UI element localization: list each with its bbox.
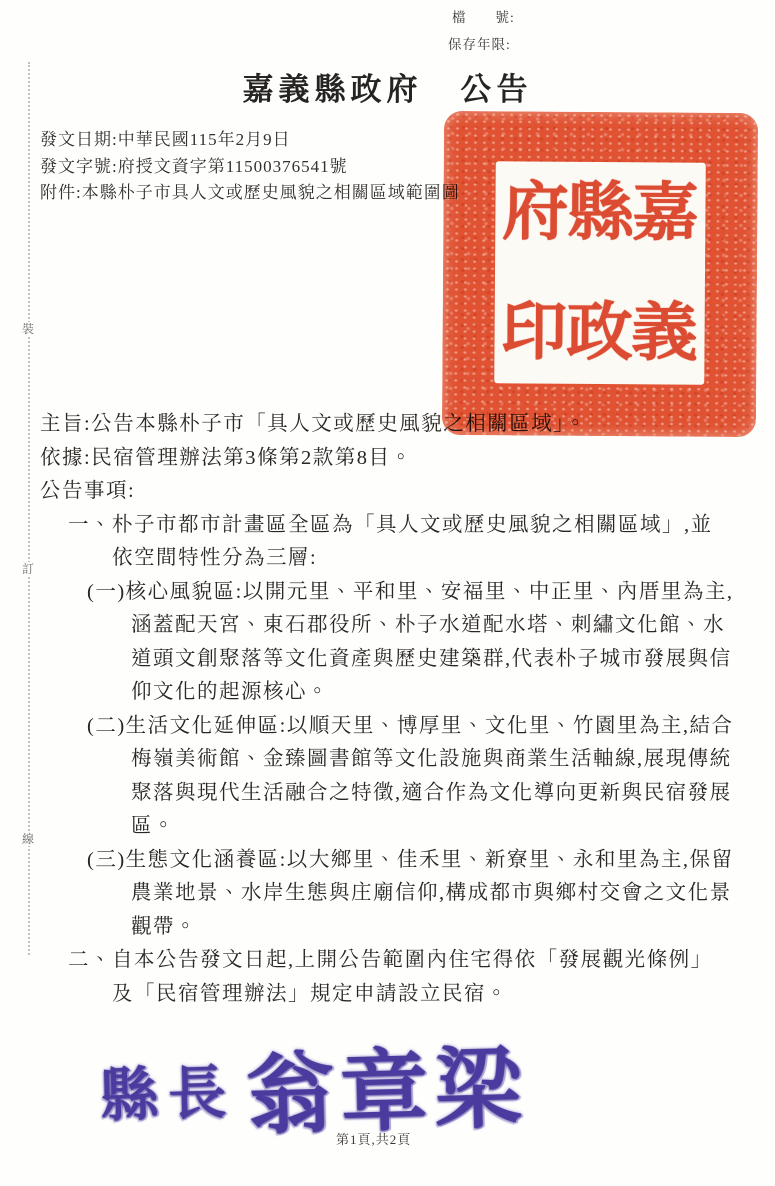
subitem-text: 核心風貌區:以開元里、平和里、安福里、中正里、內厝里為主,涵蓋配天宮、東石郡役所… [126, 581, 734, 704]
basis-line: 依據:民宿管理辦法第3條第2款第8目。 [40, 442, 734, 476]
item-text: 朴子市都市計畫區全區為「具人文或歷史風貌之相關區域」,並依空間特性分為三層: [112, 514, 713, 570]
item-label: 一、 [68, 514, 112, 536]
subitem-label: (一) [87, 581, 126, 603]
announcement-subitem-1-3: (三)生態文化涵養區:以大鄉里、佳禾里、新寮里、永和里為主,保留農業地景、水岸生… [40, 844, 734, 945]
issue-date-line: 發文日期:中華民國115年2月9日 [40, 127, 480, 154]
subitem-label: (三) [87, 849, 126, 871]
seal-char: 府 [502, 167, 569, 257]
magistrate-title: 縣長 [99, 1060, 237, 1129]
subitem-text: 生態文化涵養區:以大鄉里、佳禾里、新寮里、永和里為主,保留農業地景、水岸生態與庄… [126, 849, 734, 938]
seal-column: 縣 政 [567, 168, 632, 378]
issuance-meta: 發文日期:中華民國115年2月9日 發文字號:府授文資字第11500376541… [40, 127, 480, 207]
seal-char: 嘉 [632, 168, 699, 258]
issuing-agency: 嘉義縣政府 [243, 72, 423, 107]
scanned-announcement-page: { "document": { "file_number_label": "檔 … [0, 0, 775, 1186]
subitem-label: (二) [87, 715, 126, 737]
seal-column: 嘉 義 [632, 168, 697, 378]
binding-mark-zhuang: 裝 [19, 322, 37, 336]
seal-inner-face: 嘉 義 縣 政 府 印 [494, 161, 706, 384]
binding-mark-ding: 訂 [19, 562, 37, 576]
seal-char: 縣 [567, 168, 634, 258]
announcement-item-2: 二、自本公告發文日起,上開公告範圍內住宅得依「發展觀光條例」及「民宿管理辦法」規… [40, 944, 734, 1011]
announcement-subitem-1-1: (一)核心風貌區:以開元里、平和里、安福里、中正里、內厝里為主,涵蓋配天宮、東石… [40, 576, 734, 710]
attachment-line: 附件:本縣朴子市具人文或歷史風貌之相關區域範圍圖 [40, 180, 480, 207]
binding-mark-xian: 線 [19, 832, 37, 846]
document-title: 嘉義縣政府公告 [0, 64, 775, 109]
binding-guide-line [28, 62, 30, 955]
document-type: 公告 [461, 72, 533, 107]
retention-period-label: 保存年限: [448, 33, 511, 53]
announcement-item-1: 一、朴子市都市計畫區全區為「具人文或歷史風貌之相關區域」,並依空間特性分為三層: [40, 509, 734, 576]
subitem-text: 生活文化延伸區:以順天里、博厚里、文化里、竹園里為主,結合梅嶺美術館、金臻圖書館… [126, 715, 734, 838]
file-number-label: 檔 號: [452, 6, 515, 26]
official-seal-stamp: 嘉 義 縣 政 府 印 [442, 111, 758, 437]
item-text: 自本公告發文日起,上開公告範圍內住宅得依「發展觀光條例」及「民宿管理辦法」規定申… [112, 949, 713, 1005]
magistrate-name: 翁章梁 [245, 1041, 529, 1145]
items-header: 公告事項: [40, 475, 734, 509]
announcement-subitem-1-2: (二)生活文化延伸區:以順天里、博厚里、文化里、竹園里為主,結合梅嶺美術館、金臻… [40, 710, 734, 844]
item-label: 二、 [68, 949, 112, 971]
doc-number-line: 發文字號:府授文資字第11500376541號 [40, 154, 480, 181]
seal-char: 政 [566, 288, 633, 378]
magistrate-signature-stamp: 縣長翁章梁 [98, 1018, 529, 1155]
seal-column: 府 印 [502, 167, 567, 377]
seal-char: 印 [501, 288, 568, 378]
seal-char: 義 [631, 289, 698, 379]
announcement-body: 主旨:公告本縣朴子市「具人文或歷史風貌之相關區域」。 依據:民宿管理辦法第3條第… [40, 408, 734, 1011]
